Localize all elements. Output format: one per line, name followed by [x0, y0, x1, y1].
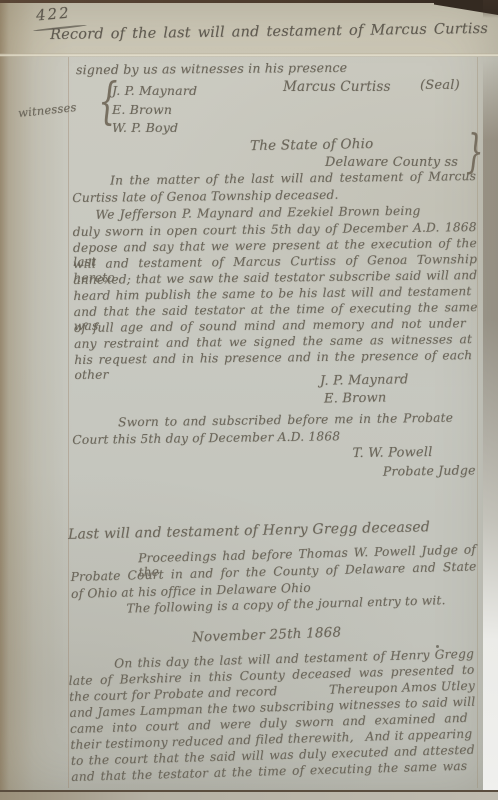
- deposition-line-1: In the matter of the last will and testa…: [110, 169, 476, 188]
- county-caption: Delaware County ss: [325, 156, 458, 171]
- bottom-page-edge: [0, 790, 498, 800]
- judge-signature: T. W. Powell: [352, 446, 432, 462]
- deposition-line-3: We Jefferson P. Maynard and Ezekiel Brow…: [95, 204, 420, 222]
- witness-name-2: E. Brown: [112, 103, 172, 117]
- right-page-edge: [483, 0, 498, 800]
- deponent-signature-2: E. Brown: [324, 391, 387, 407]
- seal-label: (Seal): [420, 79, 460, 94]
- journal-line-6-right: And it appearing: [365, 727, 472, 744]
- page-title: Record of the last will and testament of…: [50, 21, 488, 44]
- ledger-page-number: 422: [35, 5, 71, 25]
- witness-name-3: W. P. Boyd: [112, 121, 178, 135]
- header-crease-line: [0, 53, 498, 57]
- jurat-line-2: Court this 5th day of December A.D. 1868: [72, 429, 340, 447]
- journal-line-3-right: Thereupon Amos Utley: [329, 679, 475, 697]
- jurat-line-1: Sworn to and subscribed before me in the…: [118, 411, 453, 430]
- jurat-block: Sworn to and subscribed before me in the…: [70, 410, 481, 491]
- book-top-edge: [0, 0, 498, 3]
- deposition-paragraph: In the matter of the last will and testa…: [70, 169, 483, 384]
- witness-name-1: J. P. Maynard: [112, 84, 197, 98]
- deposition-line-13: other: [74, 368, 108, 382]
- county-brace: }: [466, 128, 484, 174]
- testator-signature: Marcus Curtiss: [283, 80, 391, 96]
- state-caption: The State of Ohio: [250, 137, 374, 155]
- deposition-line-12: his request and in his presence and in t…: [74, 348, 472, 367]
- deponent-signature-1: J. P. Maynard: [320, 373, 409, 389]
- judge-title: Probate Judge: [383, 463, 476, 479]
- journal-entry-paragraph: On this day the last will and testament …: [66, 646, 481, 787]
- ledger-photo: 422 Record of the last will and testamen…: [0, 0, 498, 800]
- gregg-heading: Last will and testament of Henry Gregg d…: [68, 519, 430, 543]
- deposition-line-2: Curtiss late of Genoa Township deceased.: [72, 188, 338, 205]
- proceedings-block: Proceedings had before Thomas W. Powell …: [70, 542, 482, 623]
- journal-date-heading: November 25th 1868: [192, 625, 342, 646]
